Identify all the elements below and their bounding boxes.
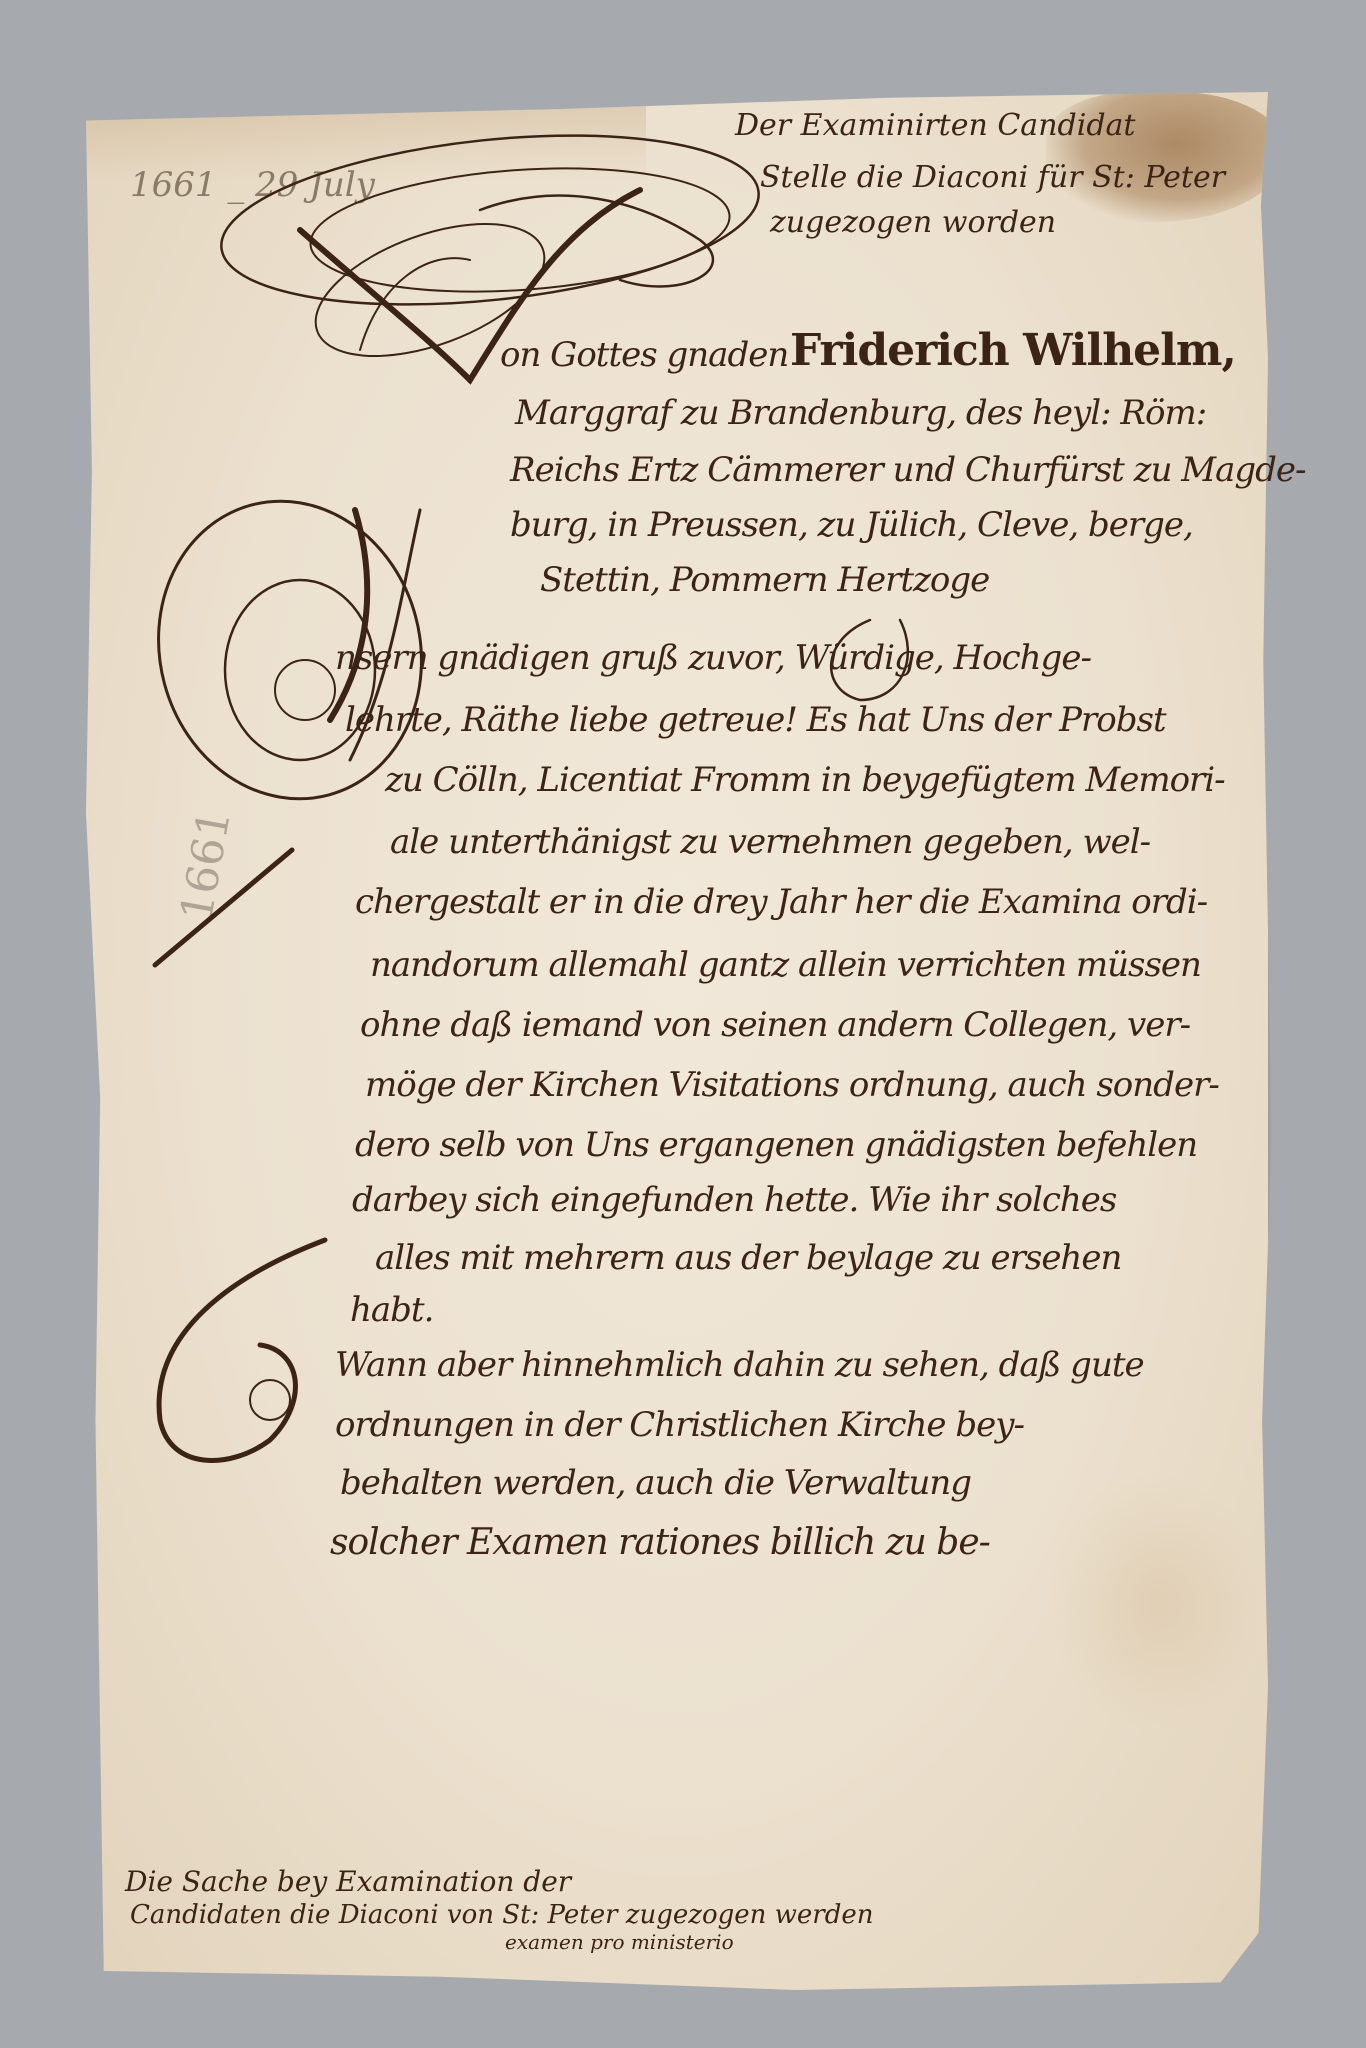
body-line-1: nsern gnädigen gruß zuvor, Würdige, Hoch… xyxy=(335,638,1091,678)
body-line-4: ale unterthänigst zu vernehmen gegeben, … xyxy=(390,822,1150,862)
top-right-note-line-1: Der Examinirten Candidat xyxy=(735,108,1135,143)
body-line-6: nandorum allemahl gantz allein verrichte… xyxy=(370,945,1201,985)
paragraph2-line-1: Wann aber hinnehmlich dahin zu sehen, da… xyxy=(335,1345,1144,1385)
heading-line-4: burg, in Preussen, zu Jülich, Cleve, ber… xyxy=(510,505,1193,545)
body-line-11: alles mit mehrern aus der beylage zu ers… xyxy=(375,1238,1121,1278)
footer-pencil-note: examen pro ministerio xyxy=(505,1930,734,1954)
body-line-12: habt. xyxy=(350,1290,433,1330)
body-line-2: lehrte, Räthe liebe getreue! Es hat Uns … xyxy=(345,700,1166,740)
footer-note-line-1: Die Sache bey Examination der xyxy=(125,1865,571,1898)
body-line-10: darbey sich eingefunden hette. Wie ihr s… xyxy=(352,1180,1116,1220)
heading-prefix: on Gottes gnaden xyxy=(500,335,788,375)
faint-stain-right xyxy=(1046,1472,1266,1732)
body-line-7: ohne daß iemand von seinen andern Colleg… xyxy=(360,1005,1190,1045)
body-line-5: chergestalt er in die drey Jahr her die … xyxy=(355,882,1207,922)
heading-name: Friderich Wilhelm, xyxy=(790,325,1236,376)
heading-line-5: Stettin, Pommern Hertzoge xyxy=(540,560,989,600)
paragraph2-line-3: behalten werden, auch die Verwaltung xyxy=(340,1463,971,1503)
heading-line-3: Reichs Ertz Cämmerer und Churfürst zu Ma… xyxy=(510,450,1306,490)
body-line-8: möge der Kirchen Visitations ordnung, au… xyxy=(365,1065,1219,1105)
body-line-9: dero selb von Uns ergangenen gnädigsten … xyxy=(355,1125,1197,1165)
paragraph2-line-2: ordnungen in der Christlichen Kirche bey… xyxy=(335,1405,1024,1445)
paragraph2-line-4: solcher Examen rationes billich zu be- xyxy=(330,1522,990,1563)
heading-line-2: Marggraf zu Brandenburg, des heyl: Röm: xyxy=(515,393,1206,433)
top-right-note-line-3: zugezogen worden xyxy=(770,205,1056,240)
top-right-note-line-2: Stelle die Diaconi für St: Peter xyxy=(760,160,1225,195)
footer-note-line-2: Candidaten die Diaconi von St: Peter zug… xyxy=(130,1900,874,1930)
date-annotation: 1661 _ 29 July xyxy=(130,165,375,205)
body-line-3: zu Cölln, Licentiat Fromm in beygefügtem… xyxy=(385,760,1225,800)
